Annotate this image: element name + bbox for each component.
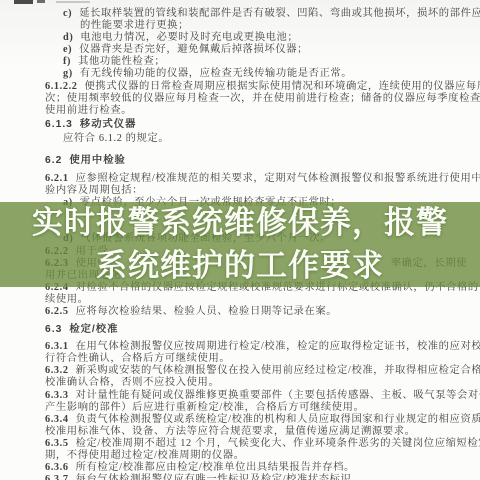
- doc-line-number: 6.3.2: [45, 365, 69, 377]
- doc-line: 6.1.2.2便携式仪器的日常检查周期应根据实际使用情况和环境确定，连续使用的仪…: [0, 81, 480, 93]
- doc-line-number: 6.3: [45, 324, 62, 336]
- doc-line-text: 应符合 6.1.2 的规定。: [63, 133, 169, 145]
- doc-line: 6.1.3移动式仪器: [0, 119, 480, 131]
- doc-line: 校准确认合格，否则不应投入使用。: [0, 377, 480, 389]
- doc-line: 6.2使用中检验: [0, 155, 480, 167]
- doc-line: 续使用。: [0, 294, 480, 306]
- doc-line-text: 检定/校准: [69, 324, 118, 336]
- doc-line-text: 验内容及周期包括：: [45, 185, 143, 197]
- doc-line-number: g): [63, 68, 73, 80]
- doc-line-text: 使用前进行检查。: [45, 105, 132, 117]
- watermark-title-line1: 实时报警系统维修保养，报警: [0, 207, 480, 238]
- doc-line-text: 新采购或安装的气体检测报警仪在投入使用前应经过检定/校准，并取得相应检定合格证书…: [76, 365, 480, 377]
- doc-line-number: 6.3.6: [45, 462, 69, 474]
- cutoff-text-fragment: [14, 0, 33, 4]
- doc-line-text: 对计量性能有疑问或仪器维修更换重要部件（主要包括传感器、主板、吸气泵等会对仪器的…: [76, 390, 480, 402]
- doc-line-text: 其他功能性检查；: [78, 56, 165, 68]
- doc-line: e)仪器背夹是否完好，避免佩戴后掉落损坏仪器；: [0, 44, 480, 56]
- doc-line-number: 6.3.3: [45, 390, 69, 402]
- doc-line-number: 6.1.2.2: [45, 81, 78, 93]
- doc-line-text: 应将每次检验结果、检验人员、检验日期等记录在案。: [76, 306, 338, 318]
- doc-line: 产生影响的部件）后应进行重新检定/校准，合格后方可继续使用。: [0, 402, 480, 414]
- doc-line-text: 次；使用频率较低的仪器应每月检查一次，并在使用前进行检查；储备的仪器应每季度检查…: [45, 93, 480, 105]
- cutoff-text-fragment: [56, 1, 90, 3]
- doc-line-text: 产生影响的部件）后应进行重新检定/校准，合格后方可继续使用。: [45, 402, 364, 414]
- doc-line: c)延长取样装置的管线和装配部件是否有破裂、凹陷、弯曲或其他损坏，损坏的部件应按…: [0, 8, 480, 20]
- doc-line-text: 有无线传输功能的仪器，应检查无线传输功能是否正常。: [80, 68, 352, 80]
- doc-line-number: f): [63, 56, 71, 68]
- doc-line: 6.3.2新采购或安装的气体检测报警仪在投入使用前应经过检定/校准，并取得相应检…: [0, 365, 480, 377]
- doc-line: 6.2.1应参照检定规程/校准规范的相关要求，定期对气体检测报警仪和报警系统进行…: [0, 173, 480, 185]
- doc-line: 6.3.7每台气体检测报警仪应有唯一性标识及检定/校准状态标识: [0, 474, 480, 480]
- watermark-title-line2: 系统维护的工作要求: [0, 250, 480, 281]
- doc-line: 验内容及周期包括：: [0, 185, 480, 197]
- scanned-document-page: c)延长取样装置的管线和装配部件是否有破裂、凹陷、弯曲或其他损坏，损坏的部件应按…: [0, 0, 480, 480]
- doc-line-text: 的性能要求进行更换；: [80, 20, 189, 32]
- doc-line-number: 6.3.5: [45, 438, 69, 450]
- doc-line: 6.3检定/校准: [0, 324, 480, 336]
- doc-line-text: 检定/校准周期不超过 12 个月，气候变化大、作业环境条件恶劣的关键岗位应缩短检…: [76, 438, 480, 450]
- cutoff-text-fragment: [37, 0, 45, 3]
- doc-line: 使用前进行检查。: [0, 105, 480, 117]
- doc-line-number: 6.1.3: [45, 119, 73, 131]
- doc-line: 的性能要求进行更换；: [0, 20, 480, 32]
- doc-line: 6.3.1在用气体检测报警仪应按周期进行检定/校准，检定的应取得检定证书，校准的…: [0, 341, 480, 353]
- doc-line-text: 移动式仪器: [80, 119, 136, 131]
- doc-line-number: 6.3.7: [45, 474, 69, 480]
- doc-line-text: 所有检定/校准都应由检定/校准单位出具结果报告并存档。: [76, 462, 355, 474]
- doc-line-text: 负责气体检测报警仪或系统检定/校准的机构和人员应取得国家和行业规定的相应资质。检…: [76, 414, 480, 426]
- doc-line-text: 行符合性确认，合格后方可继续使用。: [45, 353, 230, 365]
- doc-line-number: c): [63, 8, 72, 20]
- doc-line-text: 电池电力情况，必要时及时充电或更换电池；: [80, 32, 298, 44]
- doc-line: 应符合 6.1.2 的规定。: [0, 133, 480, 145]
- doc-line: f)其他功能性检查；: [0, 56, 480, 68]
- doc-line-number: 6.3.1: [45, 341, 69, 353]
- doc-line: 6.3.3对计量性能有疑问或仪器维修更换重要部件（主要包括传感器、主板、吸气泵等…: [0, 390, 480, 402]
- doc-line: 期，不得使用超过检定/校准周期的仪器。: [0, 450, 480, 462]
- doc-line: g)有无线传输功能的仪器，应检查无线传输功能是否正常。: [0, 68, 480, 80]
- doc-line: 6.3.4负责气体检测报警仪或系统检定/校准的机构和人员应取得国家和行业规定的相…: [0, 414, 480, 426]
- doc-line: 行符合性确认，合格后方可继续使用。: [0, 353, 480, 365]
- doc-line-text: 每台气体检测报警仪应有唯一性标识及检定/校准状态标识: [76, 474, 352, 480]
- doc-line: 6.3.5检定/校准周期不超过 12 个月，气候变化大、作业环境条件恶劣的关键岗…: [0, 438, 480, 450]
- doc-line: 6.3.6所有检定/校准都应由检定/校准单位出具结果报告并存档。: [0, 462, 480, 474]
- doc-line-text: 延长取样装置的管线和装配部件是否有破裂、凹陷、弯曲或其他损坏，损坏的部件应按原部…: [79, 8, 480, 20]
- doc-line-text: 仪器背夹是否完好，避免佩戴后掉落损坏仪器；: [79, 44, 308, 56]
- doc-line-text: 便携式仪器的日常检查周期应根据实际使用情况和环境确定，连续使用的仪器应每周检查一: [85, 81, 480, 93]
- doc-line-number: 6.3.4: [45, 414, 69, 426]
- doc-line-text: 期，不得使用超过检定/校准周期的仪器。: [45, 450, 245, 462]
- doc-line-number: 6.2: [45, 155, 62, 167]
- doc-line: 校准用标准气体、设备、方法等应符合规范要求，量值传递应满足溯源要求。: [0, 426, 480, 438]
- doc-line-number: d): [63, 32, 73, 44]
- doc-line: 次；使用频率较低的仪器应每月检查一次，并在使用前进行检查；储备的仪器应每季度检查…: [0, 93, 480, 105]
- doc-line-text: 使用中检验: [69, 155, 125, 167]
- doc-line: d)电池电力情况，必要时及时充电或更换电池；: [0, 32, 480, 44]
- doc-line-text: 校准确认合格，否则不应投入使用。: [45, 377, 219, 389]
- doc-line-text: 续使用。: [45, 294, 89, 306]
- doc-line-text: 应参照检定规程/校准规范的相关要求，定期对气体检测报警仪和报警系统进行使用中检验…: [76, 173, 480, 185]
- doc-line-text: 校准用标准气体、设备、方法等应符合规范要求，量值传递应满足溯源要求。: [45, 426, 416, 438]
- doc-line-number: 6.2.1: [45, 173, 69, 185]
- doc-line-number: 6.2.5: [45, 306, 69, 318]
- doc-line-number: e): [63, 44, 72, 56]
- doc-line-text: 在用气体检测报警仪应按周期进行检定/校准，检定的应取得检定证书，校准的应对校准结…: [76, 341, 480, 353]
- doc-line: 6.2.5应将每次检验结果、检验人员、检验日期等记录在案。: [0, 306, 480, 318]
